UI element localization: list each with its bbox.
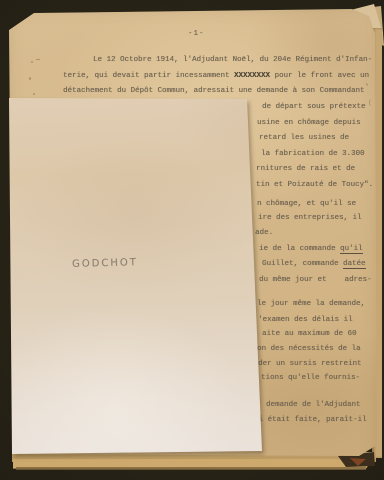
overlay-paper-wrap: GODCHOT	[0, 0, 384, 480]
overlay-paper-texture	[0, 0, 384, 480]
handwritten-name: GODCHOT	[72, 257, 138, 270]
scanned-document-photo: -1- Le 12 Octobre 1914, l'Adjudant Noël,…	[0, 0, 384, 480]
overlay-paper-sheet: GODCHOT	[0, 0, 384, 480]
